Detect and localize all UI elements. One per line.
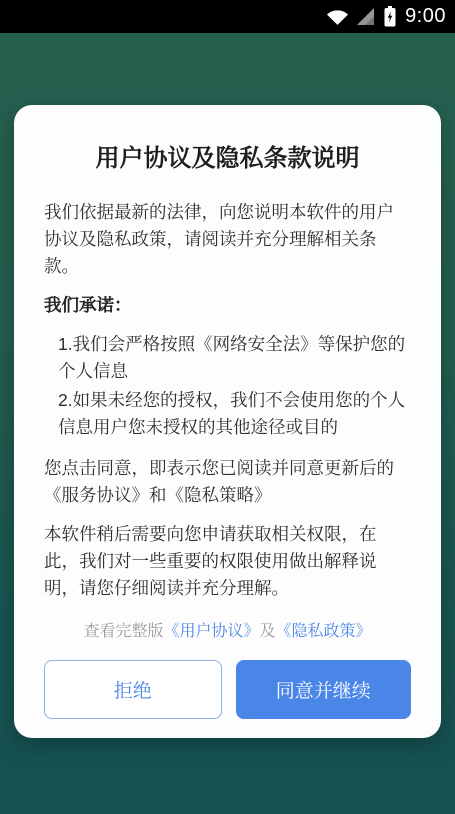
promise-heading: 我们承诺： <box>44 292 411 319</box>
promise-item-2: 2.如果未经您的授权，我们不会使用您的个人信息用户您未授权的其他途径或目的 <box>58 387 411 441</box>
links-line: 查看完整版《用户协议》及《隐私政策》 <box>44 620 411 644</box>
links-conjunction: 及 <box>260 623 276 640</box>
status-bar: 9:00 <box>0 0 455 33</box>
dialog-title: 用户协议及隐私条款说明 <box>44 141 411 177</box>
button-row: 拒绝 同意并继续 <box>44 660 411 719</box>
user-agreement-link[interactable]: 《用户协议》 <box>163 623 259 640</box>
reject-button[interactable]: 拒绝 <box>44 660 222 719</box>
agree-button[interactable]: 同意并继续 <box>236 660 412 719</box>
links-prefix: 查看完整版 <box>83 623 163 640</box>
promise-list: 1.我们会严格按照《网络安全法》等保护您的个人信息 2.如果未经您的授权，我们不… <box>44 331 411 441</box>
no-signal-icon <box>357 8 375 25</box>
agree-note: 您点击同意，即表示您已阅读并同意更新后的《服务协议》和《隐私策略》 <box>44 455 411 509</box>
privacy-dialog: 用户协议及隐私条款说明 我们依据最新的法律，向您说明本软件的用户协议及隐私政策，… <box>14 105 441 738</box>
privacy-policy-link[interactable]: 《隐私政策》 <box>276 623 372 640</box>
battery-charging-icon <box>384 6 396 27</box>
intro-paragraph: 我们依据最新的法律，向您说明本软件的用户协议及隐私政策，请阅读并充分理解相关条款… <box>44 199 411 280</box>
permission-note: 本软件稍后需要向您申请获取相关权限，在此，我们对一些重要的权限使用做出解释说明，… <box>44 521 411 602</box>
phone-screen: 9:00 用户协议及隐私条款说明 我们依据最新的法律，向您说明本软件的用户协议及… <box>0 0 455 814</box>
wifi-icon <box>327 8 348 25</box>
promise-item-1: 1.我们会严格按照《网络安全法》等保护您的个人信息 <box>58 331 411 385</box>
status-time: 9:00 <box>405 0 446 33</box>
app-background: 用户协议及隐私条款说明 我们依据最新的法律，向您说明本软件的用户协议及隐私政策，… <box>0 33 455 814</box>
